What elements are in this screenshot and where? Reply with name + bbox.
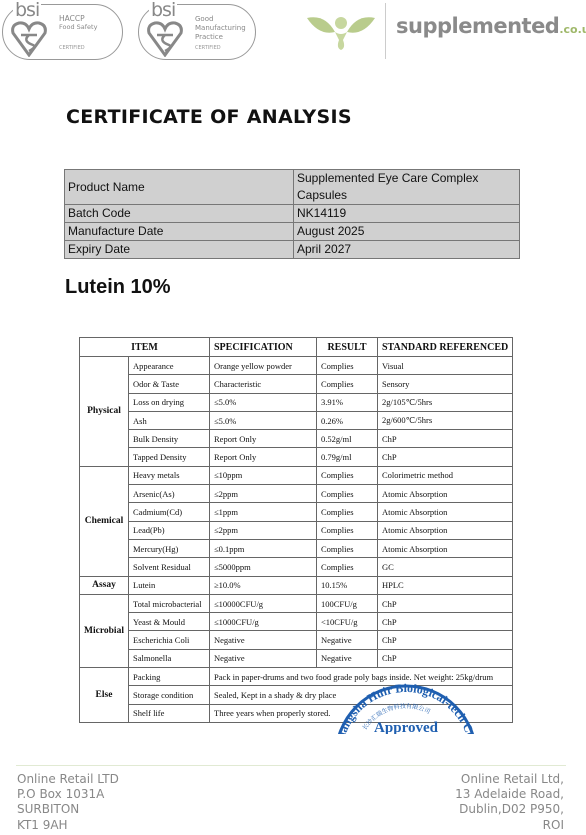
item-name: Odor & Taste: [129, 375, 210, 393]
item-name: Lutein: [129, 576, 210, 594]
item-standard: Colorimetric method: [378, 466, 513, 484]
item-specification: Report Only: [210, 430, 317, 448]
item-name: Lead(Pb): [129, 521, 210, 539]
logo-divider: [385, 3, 386, 59]
item-name: Appearance: [129, 357, 210, 375]
item-standard: ChP: [378, 448, 513, 466]
item-name: Mercury(Hg): [129, 539, 210, 557]
table-row: Yeast & Mould≤1000CFU/g<10CFU/gChP: [80, 613, 513, 631]
info-label: Product Name: [65, 170, 294, 205]
header-item: ITEM: [80, 338, 210, 357]
item-name: Salmonella: [129, 649, 210, 667]
item-specification: Characteristic: [210, 375, 317, 393]
table-row: MicrobialTotal microbacterial≤10000CFU/g…: [80, 594, 513, 612]
item-standard: ChP: [378, 631, 513, 649]
item-result: <10CFU/g: [317, 613, 378, 631]
info-label: Expiry Date: [65, 241, 294, 259]
item-name: Tapped Density: [129, 448, 210, 466]
table-row: Ash≤5.0%0.26%2g/600℃/5hrs: [80, 411, 513, 429]
info-value: NK14119: [294, 205, 520, 223]
item-specification: ≤2ppm: [210, 485, 317, 503]
table-row: ChemicalHeavy metals≤10ppmCompliesColori…: [80, 466, 513, 484]
table-row: Escherichia ColiNegativeNegativeChP: [80, 631, 513, 649]
item-standard: 2g/600℃/5hrs: [378, 411, 513, 429]
item-result: 0.26%: [317, 411, 378, 429]
item-standard: GC: [378, 558, 513, 576]
table-row: Cadmium(Cd)≤1ppmCompliesAtomic Absorptio…: [80, 503, 513, 521]
footer-divider: [16, 765, 566, 766]
info-value: Supplemented Eye Care Complex Capsules: [294, 170, 520, 205]
product-info-table: Product NameSupplemented Eye Care Comple…: [64, 169, 520, 259]
item-result: Complies: [317, 485, 378, 503]
table-header-row: ITEM SPECIFICATION RESULT STANDARD REFER…: [80, 338, 513, 357]
item-standard: HPLC: [378, 576, 513, 594]
gmp-label: Good Manufacturing Practice: [195, 15, 246, 42]
bsi-kitemark-icon: [9, 19, 49, 57]
item-standard: Atomic Absorption: [378, 485, 513, 503]
item-result: Negative: [317, 649, 378, 667]
haccp-label: HACCP Food Safety: [59, 15, 97, 31]
item-name: Ash: [129, 411, 210, 429]
item-name: Solvent Residual: [129, 558, 210, 576]
item-specification: ≤5000ppm: [210, 558, 317, 576]
info-label: Batch Code: [65, 205, 294, 223]
item-specification: Orange yellow powder: [210, 357, 317, 375]
item-result: Negative: [317, 631, 378, 649]
item-name: Shelf life: [129, 704, 210, 722]
item-result: 0.79g/ml: [317, 448, 378, 466]
item-name: Total microbacterial: [129, 594, 210, 612]
info-row: Batch CodeNK14119: [65, 205, 520, 223]
item-result: 0.52g/ml: [317, 430, 378, 448]
item-specification: Report Only: [210, 448, 317, 466]
item-standard: Atomic Absorption: [378, 521, 513, 539]
item-name: Storage condition: [129, 686, 210, 704]
info-value: April 2027: [294, 241, 520, 259]
info-value: August 2025: [294, 223, 520, 241]
bsi-haccp-badge: bsi HACCP Food Safety CERTIFIED: [2, 4, 123, 60]
category-chemical: Chemical: [80, 466, 129, 576]
item-result: Complies: [317, 558, 378, 576]
item-standard: 2g/105℃/5hrs: [378, 393, 513, 411]
header-result: RESULT: [317, 338, 378, 357]
header-specification: SPECIFICATION: [210, 338, 317, 357]
svg-text:Approved: Approved: [374, 720, 439, 734]
item-name: Heavy metals: [129, 466, 210, 484]
item-result: 10.15%: [317, 576, 378, 594]
info-row: Manufacture DateAugust 2025: [65, 223, 520, 241]
item-result: Complies: [317, 357, 378, 375]
table-row: PhysicalAppearanceOrange yellow powderCo…: [80, 357, 513, 375]
table-row: Odor & TasteCharacteristicCompliesSensor…: [80, 375, 513, 393]
item-standard: Atomic Absorption: [378, 539, 513, 557]
table-row: Bulk DensityReport Only0.52g/mlChP: [80, 430, 513, 448]
footer-address-uk: Online Retail LTD P.O Box 1031A SURBITON…: [17, 772, 119, 833]
item-name: Cadmium(Cd): [129, 503, 210, 521]
bsi-gmp-badge: bsi Good Manufacturing Practice CERTIFIE…: [138, 4, 256, 60]
analysis-table: ITEM SPECIFICATION RESULT STANDARD REFER…: [79, 337, 513, 723]
table-row: SalmonellaNegativeNegativeChP: [80, 649, 513, 667]
item-specification: ≤0.1ppm: [210, 539, 317, 557]
item-specification: Negative: [210, 649, 317, 667]
item-specification: ≤10ppm: [210, 466, 317, 484]
item-result: Complies: [317, 539, 378, 557]
certified-label: CERTIFIED: [59, 45, 85, 51]
item-name: Escherichia Coli: [129, 631, 210, 649]
table-row: Solvent Residual≤5000ppmCompliesGC: [80, 558, 513, 576]
item-specification: ≤1000CFU/g: [210, 613, 317, 631]
item-name: Arsenic(As): [129, 485, 210, 503]
item-result: 3.91%: [317, 393, 378, 411]
category-assay: Assay: [80, 576, 129, 594]
item-name: Bulk Density: [129, 430, 210, 448]
bsi-wordmark: bsi: [149, 1, 177, 19]
certified-label: CERTIFIED: [195, 45, 221, 51]
item-specification: ≥10.0%: [210, 576, 317, 594]
table-row: Loss on drying≤5.0%3.91%2g/105℃/5hrs: [80, 393, 513, 411]
page-title: CERTIFICATE OF ANALYSIS: [66, 106, 352, 128]
item-result: Complies: [317, 466, 378, 484]
item-standard: ChP: [378, 430, 513, 448]
brand-logo: supplemented.co.uk: [396, 14, 586, 38]
item-standard: Atomic Absorption: [378, 503, 513, 521]
item-standard: ChP: [378, 613, 513, 631]
item-result: 100CFU/g: [317, 594, 378, 612]
table-row: Mercury(Hg)≤0.1ppmCompliesAtomic Absorpt…: [80, 539, 513, 557]
item-specification: ≤5.0%: [210, 393, 317, 411]
item-name: Yeast & Mould: [129, 613, 210, 631]
category-microbial: Microbial: [80, 594, 129, 667]
item-standard: Sensory: [378, 375, 513, 393]
approved-stamp: Changsha Huir Biological-tech Co., Ltd 长…: [332, 676, 480, 734]
item-result: Complies: [317, 375, 378, 393]
item-standard: Visual: [378, 357, 513, 375]
bsi-wordmark: bsi: [13, 1, 41, 19]
info-row: Product NameSupplemented Eye Care Comple…: [65, 170, 520, 205]
item-specification: ≤2ppm: [210, 521, 317, 539]
item-result: Complies: [317, 521, 378, 539]
category-else: Else: [80, 668, 129, 723]
item-standard: ChP: [378, 594, 513, 612]
product-subtitle: Lutein 10%: [65, 276, 171, 299]
table-row: AssayLutein≥10.0%10.15%HPLC: [80, 576, 513, 594]
item-specification: Negative: [210, 631, 317, 649]
category-physical: Physical: [80, 357, 129, 467]
item-specification: ≤10000CFU/g: [210, 594, 317, 612]
leaf-sprout-icon: [305, 10, 377, 54]
item-name: Loss on drying: [129, 393, 210, 411]
item-name: Packing: [129, 668, 210, 686]
info-label: Manufacture Date: [65, 223, 294, 241]
table-row: Tapped DensityReport Only0.79g/mlChP: [80, 448, 513, 466]
footer-address-ie: Online Retail Ltd, 13 Adelaide Road, Dub…: [455, 772, 564, 833]
item-specification: ≤1ppm: [210, 503, 317, 521]
bsi-kitemark-icon: [145, 19, 185, 57]
table-row: Lead(Pb)≤2ppmCompliesAtomic Absorption: [80, 521, 513, 539]
item-standard: ChP: [378, 649, 513, 667]
header-standard: STANDARD REFERENCED: [378, 338, 513, 357]
info-row: Expiry DateApril 2027: [65, 241, 520, 259]
item-result: Complies: [317, 503, 378, 521]
table-row: Arsenic(As)≤2ppmCompliesAtomic Absorptio…: [80, 485, 513, 503]
item-specification: ≤5.0%: [210, 411, 317, 429]
